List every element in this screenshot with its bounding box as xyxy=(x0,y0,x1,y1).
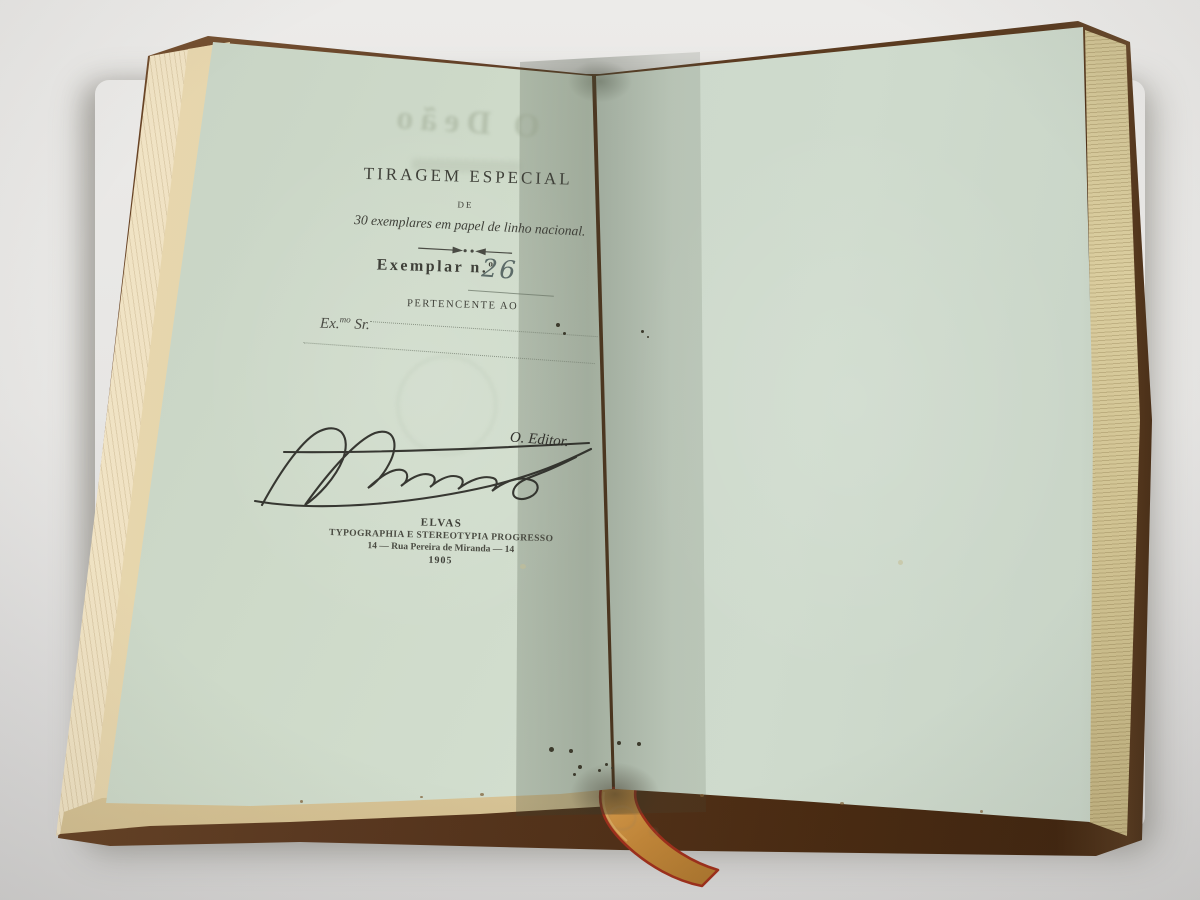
photograph-of-open-book: O Deão TIRAGEM ESPECIAL DE 30 exemplares… xyxy=(0,0,1200,900)
photo-vignette xyxy=(0,0,1200,900)
